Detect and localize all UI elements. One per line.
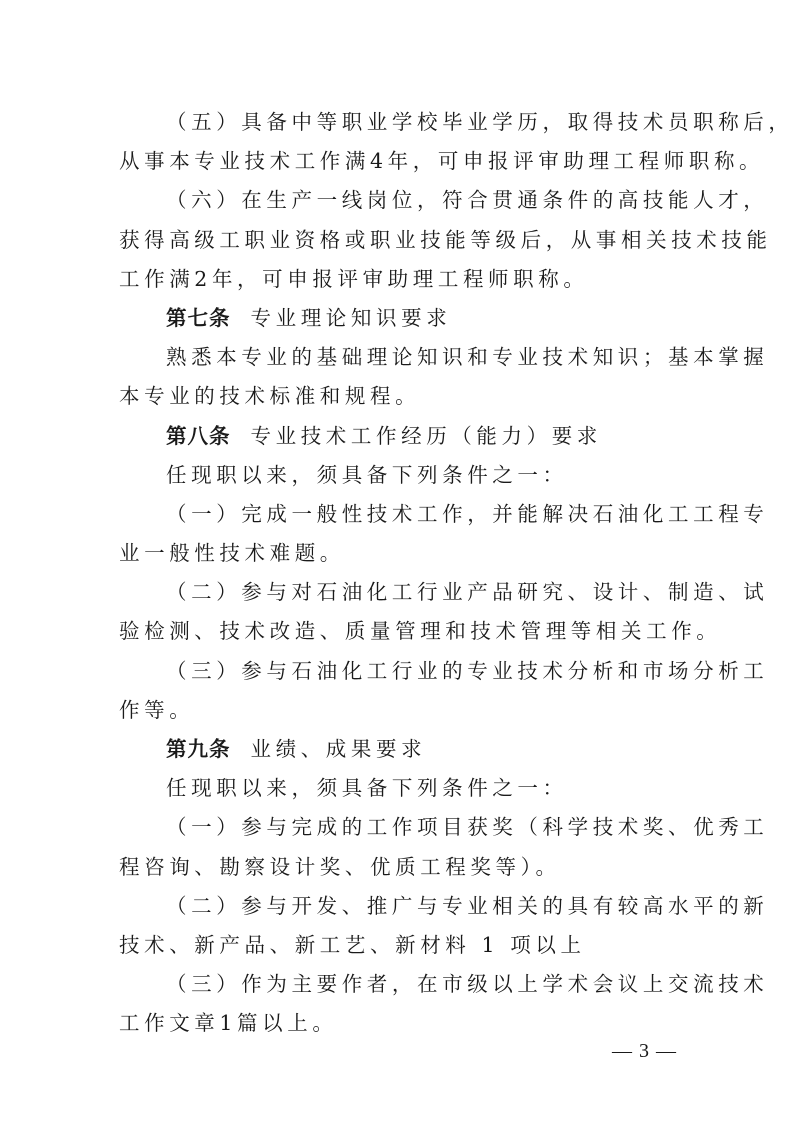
paragraph-line: 验检测、技术改造、质量管理和技术管理等相关工作。 xyxy=(119,612,675,651)
paragraph-line: （六）在生产一线岗位，符合贯通条件的高技能人才， xyxy=(119,181,675,220)
paragraph-line: 程咨询、勘察设计奖、优质工程奖等）。 xyxy=(119,848,675,887)
article-title: 业绩、成果要求 xyxy=(251,737,427,761)
paragraph-line: （一）参与完成的工作项目获奖（科学技术奖、优秀工 xyxy=(119,808,675,847)
paragraph-line: 熟悉本专业的基础理论知识和专业技术知识；基本掌握 xyxy=(119,338,675,377)
paragraph-line: 获得高级工职业资格或职业技能等级后，从事相关技术技能 xyxy=(119,221,675,260)
article-title: 专业技术工作经历（能力）要求 xyxy=(251,424,602,448)
article-title: 专业理论知识要求 xyxy=(251,306,452,330)
article-9-heading: 第九条业绩、成果要求 xyxy=(119,730,675,769)
paragraph-line: （二）参与开发、推广与专业相关的具有较高水平的新 xyxy=(119,887,675,926)
paragraph-line: 业一般性技术难题。 xyxy=(119,534,675,573)
article-number: 第八条 xyxy=(166,424,231,448)
paragraph-line: 技术、新产品、新工艺、新材料 1 项以上 xyxy=(119,926,675,965)
page-number: — 3 — xyxy=(612,1040,677,1063)
article-number: 第九条 xyxy=(166,737,231,761)
article-8-heading: 第八条专业技术工作经历（能力）要求 xyxy=(119,417,675,456)
paragraph-line: 从事本专业技术工作满4年，可申报评审助理工程师职称。 xyxy=(119,142,675,181)
paragraph-line: （五）具备中等职业学校毕业学历，取得技术员职称后， xyxy=(119,103,675,142)
paragraph-line: 工作文章1篇以上。 xyxy=(119,1004,675,1043)
article-number: 第七条 xyxy=(166,306,231,330)
paragraph-line: （二）参与对石油化工行业产品研究、设计、制造、试 xyxy=(119,573,675,612)
paragraph-line: 作等。 xyxy=(119,691,675,730)
paragraph-line: （三）作为主要作者，在市级以上学术会议上交流技术 xyxy=(119,965,675,1004)
paragraph-line: 任现职以来，须具备下列条件之一： xyxy=(119,769,675,808)
document-page: （五）具备中等职业学校毕业学历，取得技术员职称后， 从事本专业技术工作满4年，可… xyxy=(119,103,675,1044)
article-7-heading: 第七条专业理论知识要求 xyxy=(119,299,675,338)
paragraph-line: 任现职以来，须具备下列条件之一： xyxy=(119,456,675,495)
paragraph-line: 本专业的技术标准和规程。 xyxy=(119,377,675,416)
paragraph-line: （一）完成一般性技术工作，并能解决石油化工工程专 xyxy=(119,495,675,534)
paragraph-line: 工作满2年，可申报评审助理工程师职称。 xyxy=(119,260,675,299)
paragraph-line: （三）参与石油化工行业的专业技术分析和市场分析工 xyxy=(119,652,675,691)
